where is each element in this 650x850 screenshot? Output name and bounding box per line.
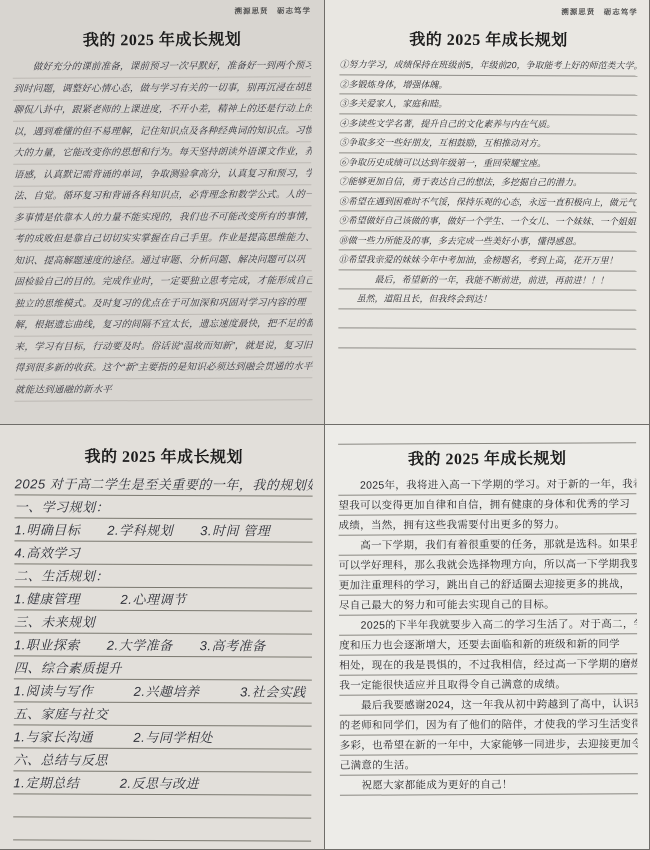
outline-line: 五、家庭与社交 bbox=[14, 702, 312, 726]
list-item-line: ⑨希望做好自己该做的事，做好一个学生、一个女儿、一个妹妹、一个姐姐、一个同学……… bbox=[339, 211, 637, 232]
handwritten-line: 望我可以变得更加自律和自信，拥有健康的身体和优秀的学习 bbox=[338, 494, 636, 516]
list-item-line: ⑧希望在遇到困难时不气馁，保持乐观的心态，永远一直积极向上，做元气满满的少年！ bbox=[339, 192, 637, 213]
page-title: 我的 2025 年成长规划 bbox=[13, 26, 311, 51]
outline-line: 二、生活规划： bbox=[14, 564, 312, 588]
handwritten-line: 度和压力也会逐渐增大，还要去面临和新的班级和新的同学 bbox=[339, 634, 637, 656]
handwritten-line: 高一下学期，我们有着很重要的任务，那就是选科。如果我 bbox=[339, 534, 637, 556]
page-photo-3: 我的 2025 年成长规划 2025 对于高二学生是至关重要的一年，我的规划如下… bbox=[0, 425, 324, 849]
handwritten-line: 就能达到通融的新水平 bbox=[14, 378, 313, 401]
handwritten-body: 做好充分的课前准备，课前预习一次早默好，准备好一到两个预习时间、到时问题，调整好… bbox=[13, 55, 313, 401]
outline-line bbox=[13, 817, 311, 841]
outline-line: 1.与家长沟通 2.与同学相处 bbox=[14, 725, 312, 749]
outline-line: 1.阅读与写作 2.兴趣培养 3.社会实践 bbox=[14, 679, 312, 703]
handwritten-line: 更加注重理科的学习，跳出自己的舒适圈去迎接更多的挑战， bbox=[339, 574, 637, 596]
outline-line: 六、总结与反思 bbox=[13, 748, 311, 772]
page-title: 我的 2025 年成长规划 bbox=[340, 26, 638, 50]
handwritten-line: 最后我要感谢2024，这一年我从初中跨越到了高中，认识到新 bbox=[339, 694, 637, 716]
outline-line: 1.定期总结 2.反思与改进 bbox=[13, 771, 311, 795]
handwritten-line: 可以学好理科，那么我就会选择物理方向，所以高一下学期我要 bbox=[339, 554, 637, 576]
list-item-line: 虽然，道阻且长，但我终会到达！ bbox=[338, 289, 636, 310]
outline-line: 2025 对于高二学生是至关重要的一年，我的规划如下： bbox=[15, 472, 313, 496]
list-item-line bbox=[338, 328, 636, 349]
handwritten-line: 得到很多新的收获。这个“新”主要指的是知识必须达到融会贯通的水平，为此了 bbox=[14, 356, 313, 379]
photo-collage: 溯源思贤 砺志笃学 我的 2025 年成长规划 做好充分的课前准备，课前预习一次… bbox=[0, 0, 650, 850]
handwritten-line: 到时问题，调整好心情心态，做与学习有关的一切事，别再沉浸在胡思乱想 bbox=[13, 77, 312, 100]
numbered-list-body: ①努力学习，成绩保持在班级前5，年级前20，争取能考上好的师范类大学。②多锻炼身… bbox=[338, 55, 637, 349]
list-item-line: ②多锻炼身体，增强体魄。 bbox=[339, 75, 637, 96]
handwritten-line: 2025的下半年我就要步入高二的学习生活了。对于高二，学习难 bbox=[339, 614, 637, 636]
handwritten-line: 的老师和同学们，因为有了他们的陪伴，才使我的学习生活变得丰富 bbox=[340, 714, 638, 736]
handwritten-line: 考的成败但是靠自己切切实实掌握在自己手里。作业是提高思维能力、复习掌握 bbox=[14, 227, 313, 250]
page-photo-1: 溯源思贤 砺志笃学 我的 2025 年成长规划 做好充分的课前准备，课前预习一次… bbox=[0, 0, 324, 424]
handwritten-line: 知识、提高解题速度的途径。通过审题、分析问题、解决问题可以巩 bbox=[14, 249, 313, 272]
list-item-line: ⑩做一些力所能及的事，多去完成一些美好小事，懂得感恩。 bbox=[339, 231, 637, 252]
handwritten-line: 我一定能很快适应并且取得令自己满意的成绩。 bbox=[339, 674, 637, 696]
handwritten-body: 2025年，我将进入高一下学期的学习。对于新的一年，我希望我可以变得更加自律和自… bbox=[338, 474, 638, 796]
page-photo-2: 溯源思贤 砺志笃学 我的 2025 年成长规划 ①努力学习，成绩保持在班级前5，… bbox=[325, 0, 649, 424]
outline-line: 1.明确目标 2.学科规划 3.时间 管理 bbox=[14, 518, 312, 542]
outline-line: 1.健康管理 2.心理调节 bbox=[14, 587, 312, 611]
handwritten-line: 语感，认真默记需背诵的单词，争取测验拿高分，认真复习和预习，学会掌握方 bbox=[13, 163, 312, 186]
handwritten-line: 聊侃八卦中，跟紧老师的上课进度，不开小差，精神上的还是行动上的都不可 bbox=[13, 98, 312, 121]
list-item-line: ①努力学习，成绩保持在班级前5，年级前20，争取能考上好的师范类大学。 bbox=[339, 55, 637, 76]
list-item-line: ⑤争取多交一些好朋友，互相鼓励，互相推动对方。 bbox=[339, 133, 637, 154]
handwritten-line: 相处，现在的我是畏惧的，不过我相信，经过高一下学期的磨炼， bbox=[339, 654, 637, 676]
handwritten-line: 尽自己最大的努力和可能去实现自己的目标。 bbox=[339, 594, 637, 616]
school-motto-watermark: 溯源思贤 砺志笃学 bbox=[340, 4, 638, 19]
page-title: 我的 2025 年成长规划 bbox=[338, 445, 636, 470]
list-item-line: ⑪希望我亲爱的妹妹今年中考加油，金榜题名，考到上高，花开万里！ bbox=[339, 250, 637, 271]
handwritten-line: 做好充分的课前准备，课前预习一次早默好，准备好一到两个预习时间、 bbox=[13, 55, 312, 78]
outline-line: 1.职业探索 2.大学准备 3.高考准备 bbox=[14, 633, 312, 657]
outline-line bbox=[13, 794, 311, 818]
handwritten-line: 大的力量，它能改变你的思想和行为。每天坚持朗读外语课文作业，养成良好的 bbox=[13, 141, 312, 164]
school-motto-watermark: 溯源思贤 砺志笃学 bbox=[13, 4, 311, 20]
handwritten-line: 2025年，我将进入高一下学期的学习。对于新的一年，我希 bbox=[338, 474, 636, 496]
list-item-line: 最后，希望新的一年，我能不断前进，前进，再前进！！！ bbox=[339, 270, 637, 291]
outline-body: 2025 对于高二学生是至关重要的一年，我的规划如下：一、学习规划：1.明确目标… bbox=[13, 472, 313, 841]
list-item-line: ③多关爱家人，家庭和睦。 bbox=[339, 94, 637, 115]
handwritten-line: 法、自觉。循环复习和背诵各科知识点，必背理念和数学公式。人的一生中有许 bbox=[13, 184, 312, 207]
list-item-line: ⑦能够更加自信，勇于表达自己的想法，多挖掘自己的潜力。 bbox=[339, 172, 637, 193]
ruled-line bbox=[338, 429, 636, 445]
handwritten-line: 己满意的生活。 bbox=[340, 754, 638, 776]
handwritten-line: 独立的思维模式。及时复习的优点在于可加深和巩固对学习内容的理 bbox=[14, 292, 313, 315]
page-photo-4: 我的 2025 年成长规划 2025年，我将进入高一下学期的学习。对于新的一年，… bbox=[325, 425, 649, 849]
outline-line: 4.高效学习 bbox=[14, 541, 312, 565]
handwritten-line: 祝愿大家都能成为更好的自己！ bbox=[340, 774, 638, 796]
outline-line: 三、未来规划 bbox=[14, 610, 312, 634]
list-item-line bbox=[338, 309, 636, 330]
handwritten-line: 以，遇到难懂的但不易理解，记住知识点及各种经典词的知识点。习惯是一种强 bbox=[13, 120, 312, 143]
outline-line: 一、学习规划： bbox=[15, 495, 313, 519]
handwritten-line: 解，根据遗忘曲线，复习的间隔不宜太长，遗忘速度最快，把不足的都弥补下 bbox=[14, 313, 313, 336]
outline-line: 四、综合素质提升 bbox=[14, 656, 312, 680]
handwritten-line: 成绩，当然，拥有这些我需要付出更多的努力。 bbox=[338, 514, 636, 536]
handwritten-line: 多事情是依靠本人的力量不能实现的，我们也不可能改变所有的事情，但高 bbox=[14, 206, 313, 229]
list-item-line: ④多读些文学名著，提升自己的文化素养与内在气质。 bbox=[339, 114, 637, 135]
page-title: 我的 2025 年成长规划 bbox=[15, 443, 313, 467]
handwritten-line: 固检验自己的目的。完成作业时，一定要独立思考完成，才能形成自己的一个 bbox=[14, 270, 313, 293]
handwritten-line: 多彩，也希望在新的一年中，大家能够一同进步，去迎接更加令自 bbox=[340, 734, 638, 756]
list-item-line: ⑥争取历史成绩可以达到年级第一，重回荣耀宝座。 bbox=[339, 153, 637, 174]
handwritten-line: 来，学习有目标，行动要及时。俗话说“温故而知新”，就是说，复习旧有的知识能 bbox=[14, 335, 313, 358]
